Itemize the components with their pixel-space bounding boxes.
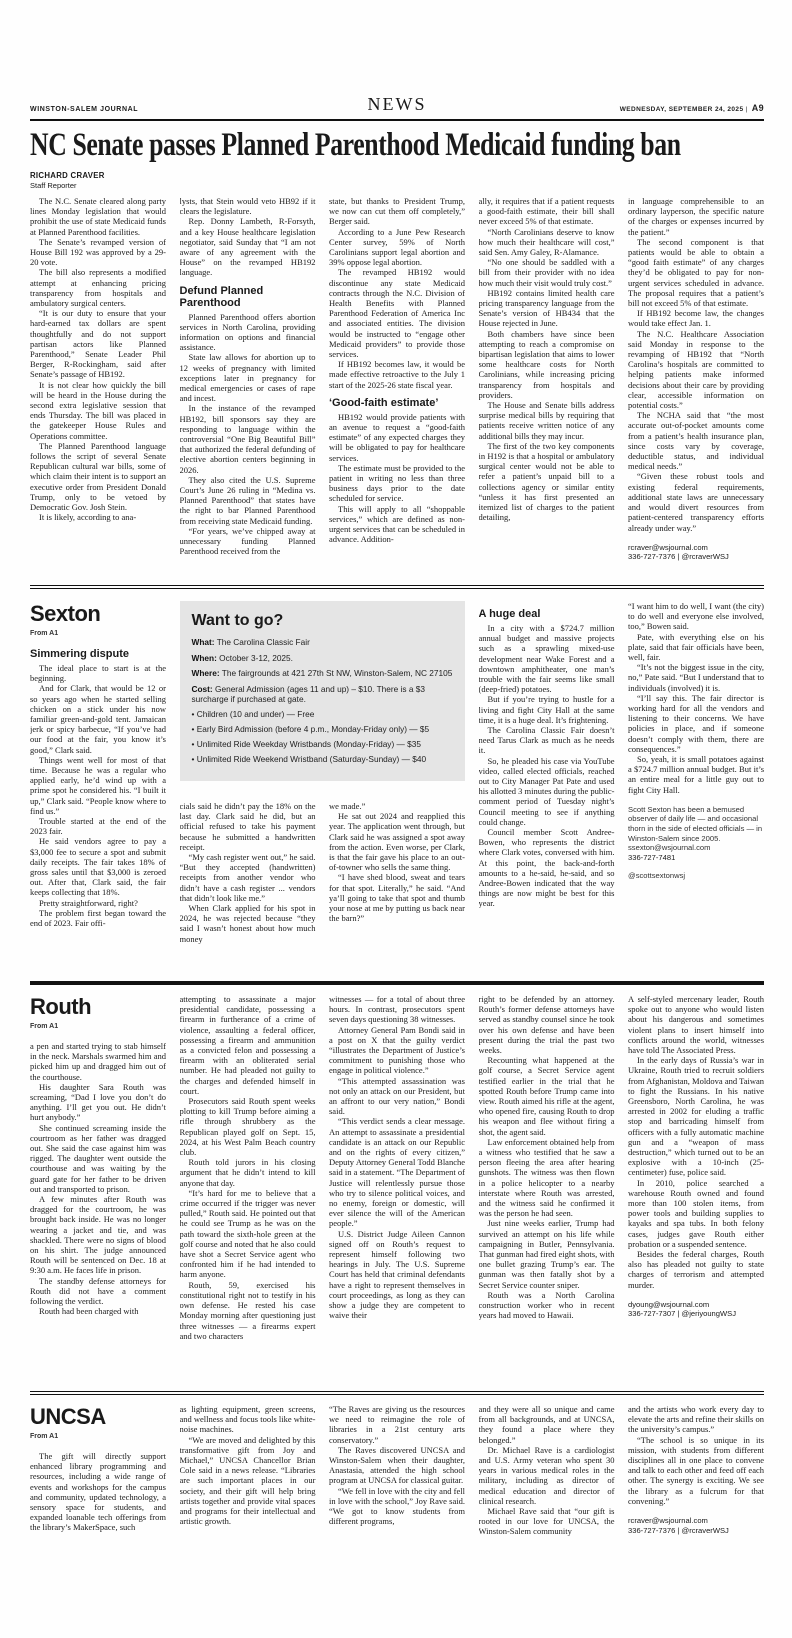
article-paragraph: The gift will directly support enhanced … — [30, 1451, 166, 1533]
article-paragraph: and they were all so unique and came fro… — [479, 1404, 615, 1445]
article-paragraph: Routh was a North Carolina construction … — [479, 1290, 615, 1321]
sexton-column-1: Sexton From A1 Simmering disputeThe idea… — [30, 601, 166, 977]
article-paragraph: “I’ll say this. The fair director is wor… — [628, 693, 764, 754]
article-paragraph: Early Bird Admission (before 4 p.m., Mon… — [192, 724, 454, 734]
article-paragraph: The problem first began toward the end o… — [30, 908, 166, 928]
lead-column-2: lysts, that Stein would veto HB92 if it … — [180, 196, 316, 564]
article-paragraph: Dr. Michael Rave is a cardiologist and U… — [479, 1445, 615, 1506]
article-paragraph: In 2010, police searched a warehouse Rou… — [628, 1178, 764, 1249]
want-to-go-box: Want to go? What: The Carolina Classic F… — [180, 601, 466, 781]
column-subhead: A huge deal — [479, 608, 615, 620]
article-paragraph: Scott Sexton has been a bemused observer… — [628, 805, 764, 853]
article-paragraph: The NCHA said that “the most accurate ou… — [628, 410, 764, 471]
fact-value: General Admission (ages 11 and up) – $10… — [192, 684, 426, 704]
article-paragraph: The Planned Parenthood language follows … — [30, 441, 166, 512]
uncsa-column-3: “The Raves are giving us the resources w… — [329, 1404, 465, 1632]
newspaper-page: WINSTON-SALEM JOURNAL NEWS WEDNESDAY, SE… — [0, 0, 792, 1638]
column-subhead: ‘Good-faith estimate’ — [329, 397, 465, 409]
article-paragraph: The Raves discovered UNCSA and Winston-S… — [329, 1445, 465, 1486]
article-paragraph: Routh told jurors in his closing argumen… — [180, 1157, 316, 1188]
masthead-rule — [30, 119, 764, 121]
article-paragraph: “This attempted assassination was not on… — [329, 1076, 465, 1117]
article-paragraph: @scottsextonwsj — [628, 871, 764, 881]
uncsa-column-5: and the artists who work every day to el… — [628, 1404, 764, 1632]
column-subhead: Simmering dispute — [30, 648, 166, 660]
article-paragraph: dyoung@wsjournal.com — [628, 1300, 764, 1310]
price-bullet-list: Children (10 and under) — FreeEarly Bird… — [192, 709, 454, 764]
article-paragraph: witnesses — for a total of about three h… — [329, 994, 465, 1025]
article-paragraph: “We are moved and delighted by this tran… — [180, 1435, 316, 1527]
article-paragraph: According to a June Pew Research Center … — [329, 227, 465, 268]
article-paragraph: And for Clark, that would be 12 or so ye… — [30, 683, 166, 754]
dateline-separator: | — [745, 106, 747, 113]
article-paragraph: She continued screaming inside the court… — [30, 1123, 166, 1194]
article-paragraph: Pretty straightforward, right? — [30, 898, 166, 908]
sexton-column-2: cials said he didn’t pay the 18% on the … — [180, 801, 316, 977]
article-paragraph: The first of the two key components in H… — [479, 441, 615, 523]
article-paragraph: state, but thanks to President Trump, we… — [329, 196, 465, 227]
column-subhead: Defund Planned Parenthood — [180, 285, 316, 309]
article-paragraph: In a city with a $724.7 million annual b… — [479, 623, 615, 694]
article-paragraph: as lighting equipment, green screens, an… — [180, 1404, 316, 1435]
article-paragraph: Recounting what happened at the golf cou… — [479, 1055, 615, 1137]
article-paragraph: State law allows for abortion up to 12 w… — [180, 352, 316, 403]
article-paragraph: Law enforcement obtained help from a wit… — [479, 1137, 615, 1219]
article-paragraph: They also cited the U.S. Supreme Court’s… — [180, 475, 316, 526]
byline-author: RICHARD CRAVER — [30, 171, 105, 180]
article-paragraph: attempting to assassinate a major presid… — [180, 994, 316, 1096]
article-paragraph: 336-727-7376 | @rcraverWSJ — [628, 552, 764, 562]
article-paragraph: “Given these robust tools and existing f… — [628, 471, 764, 532]
article-paragraph: In the early days of Russia’s war in Ukr… — [628, 1055, 764, 1177]
section-divider — [30, 1391, 764, 1395]
fact-where: Where: The fairgrounds at 421 27th St NW… — [192, 668, 454, 678]
fact-cost: Cost: General Admission (ages 11 and up)… — [192, 684, 454, 704]
article-paragraph: The Carolina Classic Fair doesn’t need T… — [479, 725, 615, 756]
article-paragraph: Besides the federal charges, Routh also … — [628, 1249, 764, 1290]
article-paragraph: lysts, that Stein would veto HB92 if it … — [180, 196, 316, 216]
article-paragraph: The ideal place to start is at the begin… — [30, 663, 166, 683]
article-paragraph: “It’s not the biggest issue in the city,… — [628, 662, 764, 693]
article-paragraph: But if you’re trying to hustle for a liv… — [479, 694, 615, 725]
routh-heading: Routh — [30, 994, 166, 1020]
article-paragraph: The estimate must be provided to the pat… — [329, 463, 465, 504]
fact-value: October 3-12, 2025. — [219, 653, 293, 663]
article-paragraph: “This verdict sends a clear message. An … — [329, 1116, 465, 1228]
page-number: A9 — [752, 103, 764, 113]
sexton-heading: Sexton — [30, 601, 166, 627]
article-paragraph: He sat out 2024 and reapplied this year.… — [329, 811, 465, 872]
lead-article: The N.C. Senate cleared along party line… — [30, 196, 764, 564]
routh-column-4: right to be defended by an attorney. Rou… — [479, 994, 615, 1384]
lead-column-3: state, but thanks to President Trump, we… — [329, 196, 465, 564]
article-paragraph: HB192 would provide patients with an ave… — [329, 412, 465, 463]
fact-value: The fairgrounds at 421 27th St NW, Winst… — [222, 668, 453, 678]
article-paragraph: It is not clear how quickly the bill wil… — [30, 380, 166, 441]
article-paragraph: Just nine weeks earlier, Trump had survi… — [479, 1218, 615, 1289]
routh-column-1-text: a pen and started trying to stab himself… — [30, 1041, 166, 1316]
article-paragraph: we made.” — [329, 801, 465, 811]
article-paragraph: Unlimited Ride Weekday Wristbands (Monda… — [192, 739, 454, 749]
sexton-column-1-text: Simmering disputeThe ideal place to star… — [30, 648, 166, 928]
article-paragraph: “North Carolinians deserve to know how m… — [479, 227, 615, 258]
sexton-column-3: we made.”He sat out 2024 and reapplied t… — [329, 801, 465, 977]
article-paragraph: Trouble started at the end of the 2023 f… — [30, 816, 166, 836]
fact-when: When: October 3-12, 2025. — [192, 653, 454, 663]
article-paragraph: The House and Senate bills address surpr… — [479, 400, 615, 441]
article-paragraph: “For years, we’ve chipped away at unnece… — [180, 526, 316, 557]
date-text: WEDNESDAY, SEPTEMBER 24, 2025 — [620, 106, 744, 113]
uncsa-heading: UNCSA — [30, 1404, 166, 1430]
routh-column-3: witnesses — for a total of about three h… — [329, 994, 465, 1384]
article-paragraph: “I want him to do well, I want (the city… — [628, 601, 764, 632]
article-paragraph: in language comprehensible to an ordinar… — [628, 196, 764, 237]
article-paragraph: Attorney General Pam Bondi said in a pos… — [329, 1025, 465, 1076]
article-paragraph: He said vendors agree to pay a $3,000 fe… — [30, 836, 166, 897]
article-paragraph: It is likely, according to ana- — [30, 512, 166, 522]
article-paragraph: The second component is that patients wo… — [628, 237, 764, 308]
article-paragraph: Planned Parenthood offers abortion servi… — [180, 312, 316, 353]
sexton-story: Sexton From A1 Simmering disputeThe idea… — [30, 601, 764, 977]
masthead: WINSTON-SALEM JOURNAL NEWS WEDNESDAY, SE… — [30, 97, 764, 115]
dateline: WEDNESDAY, SEPTEMBER 24, 2025|A9 — [620, 103, 764, 113]
article-paragraph: The standby defense attorneys for Routh … — [30, 1276, 166, 1307]
article-paragraph: His daughter Sara Routh was screaming, “… — [30, 1082, 166, 1123]
jump-line: From A1 — [30, 1023, 166, 1030]
article-paragraph: ally, it requires that if a patient requ… — [479, 196, 615, 227]
article-paragraph: This will apply to all “shoppable servic… — [329, 504, 465, 545]
sexton-middle: Want to go? What: The Carolina Classic F… — [180, 601, 466, 977]
article-paragraph: “It’s hard for me to believe that a crim… — [180, 1188, 316, 1280]
article-paragraph: When Clark applied for his spot in 2024,… — [180, 903, 316, 944]
article-paragraph: “I have shed blood, sweat and tears for … — [329, 872, 465, 923]
main-headline: NC Senate passes Planned Parenthood Medi… — [30, 127, 763, 164]
article-paragraph: “The school is so unique in its mission,… — [628, 1435, 764, 1506]
fact-what: What: The Carolina Classic Fair — [192, 637, 454, 647]
article-paragraph: A self-styled mercenary leader, Routh sp… — [628, 994, 764, 1055]
article-paragraph: Prosecutors said Routh spent weeks plott… — [180, 1096, 316, 1157]
byline-role: Staff Reporter — [30, 181, 105, 190]
article-paragraph: Rep. Donny Lambeth, R-Forsyth, and a key… — [180, 216, 316, 277]
routh-column-1: Routh From A1 a pen and started trying t… — [30, 994, 166, 1384]
article-paragraph: 336-727-7376 | @rcraverWSJ — [628, 1526, 764, 1536]
routh-column-2: attempting to assassinate a major presid… — [180, 994, 316, 1384]
article-paragraph: 336-727-7481 — [628, 853, 764, 863]
fact-label: When: — [192, 653, 217, 663]
section-divider — [30, 585, 764, 589]
uncsa-story: UNCSA From A1 The gift will directly sup… — [30, 1404, 764, 1632]
uncsa-column-1: UNCSA From A1 The gift will directly sup… — [30, 1404, 166, 1632]
routh-story: Routh From A1 a pen and started trying t… — [30, 994, 764, 1384]
article-paragraph: rcraver@wsjournal.com — [628, 1516, 764, 1526]
section-divider-thick — [30, 981, 764, 985]
article-paragraph: So, he pleaded his case via YouTube vide… — [479, 756, 615, 827]
article-paragraph: a pen and started trying to stab himself… — [30, 1041, 166, 1082]
article-paragraph: “My cash register went out,” he said. “B… — [180, 852, 316, 903]
routh-column-5: A self-styled mercenary leader, Routh sp… — [628, 994, 764, 1384]
article-paragraph: and the artists who work every day to el… — [628, 1404, 764, 1435]
fact-label: Where: — [192, 668, 220, 678]
lead-column-5: in language comprehensible to an ordinar… — [628, 196, 764, 564]
article-paragraph: If HB192 become law, the changes would t… — [628, 308, 764, 328]
article-paragraph: Routh, 59, exercised his constitutional … — [180, 1280, 316, 1341]
article-paragraph: In the instance of the revamped HB192, b… — [180, 403, 316, 474]
jump-line: From A1 — [30, 630, 166, 637]
article-paragraph: The N.C. Senate cleared along party line… — [30, 196, 166, 237]
article-paragraph: Children (10 and under) — Free — [192, 709, 454, 719]
article-paragraph: Pate, with everything else on his plate,… — [628, 632, 764, 663]
article-paragraph: HB192 contains limited health care prici… — [479, 288, 615, 329]
article-paragraph: The revamped HB192 would discontinue any… — [329, 267, 465, 359]
sexton-column-4: A huge dealIn a city with a $724.7 milli… — [479, 601, 615, 977]
article-paragraph: Both chambers have since been attempting… — [479, 329, 615, 400]
article-paragraph: “It is our duty to ensure that your hard… — [30, 308, 166, 379]
article-paragraph: “We fell in love with the city and fell … — [329, 1486, 465, 1527]
article-paragraph: The Senate’s revamped version of House B… — [30, 237, 166, 268]
article-paragraph: “The Raves are giving us the resources w… — [329, 1404, 465, 1445]
fact-value: The Carolina Classic Fair — [217, 637, 310, 647]
article-paragraph: Unlimited Ride Weekend Wristband (Saturd… — [192, 754, 454, 764]
article-paragraph: Things went well for most of that time. … — [30, 755, 166, 816]
article-paragraph: Michael Rave said that “our gift is root… — [479, 1506, 615, 1537]
byline: RICHARD CRAVER Staff Reporter — [30, 171, 105, 190]
article-paragraph: A few minutes after Routh was dragged fo… — [30, 1194, 166, 1276]
jump-line: From A1 — [30, 1433, 166, 1440]
article-paragraph: cials said he didn’t pay the 18% on the … — [180, 801, 316, 852]
article-paragraph: Council member Scott Andree-Bowen, who r… — [479, 827, 615, 909]
fact-label: What: — [192, 637, 215, 647]
article-paragraph: Routh had been charged with — [30, 1306, 166, 1316]
lead-column-4: ally, it requires that if a patient requ… — [479, 196, 615, 564]
sexton-column-5: “I want him to do well, I want (the city… — [628, 601, 764, 977]
article-paragraph: 336-727-7307 | @jeriyoungWSJ — [628, 1309, 764, 1319]
article-paragraph: rcraver@wsjournal.com — [628, 543, 764, 553]
article-paragraph: The bill also represents a modified atte… — [30, 267, 166, 308]
article-paragraph: The N.C. Healthcare Association said Mon… — [628, 329, 764, 411]
article-paragraph: “No one should be saddled with a bill fr… — [479, 257, 615, 288]
fact-label: Cost: — [192, 684, 213, 694]
article-paragraph: right to be defended by an attorney. Rou… — [479, 994, 615, 1055]
article-paragraph: If HB192 becomes law, it would be made e… — [329, 359, 465, 390]
sexton-middle-columns: cials said he didn’t pay the 18% on the … — [180, 801, 466, 977]
uncsa-column-4: and they were all so unique and came fro… — [479, 1404, 615, 1632]
uncsa-column-2: as lighting equipment, green screens, an… — [180, 1404, 316, 1632]
article-paragraph: U.S. District Judge Aileen Cannon signed… — [329, 1229, 465, 1321]
want-to-go-title: Want to go? — [192, 612, 454, 630]
article-paragraph: So, yeah, it is small potatoes against a… — [628, 754, 764, 795]
lead-column-1: The N.C. Senate cleared along party line… — [30, 196, 166, 564]
uncsa-column-1-text: The gift will directly support enhanced … — [30, 1451, 166, 1533]
